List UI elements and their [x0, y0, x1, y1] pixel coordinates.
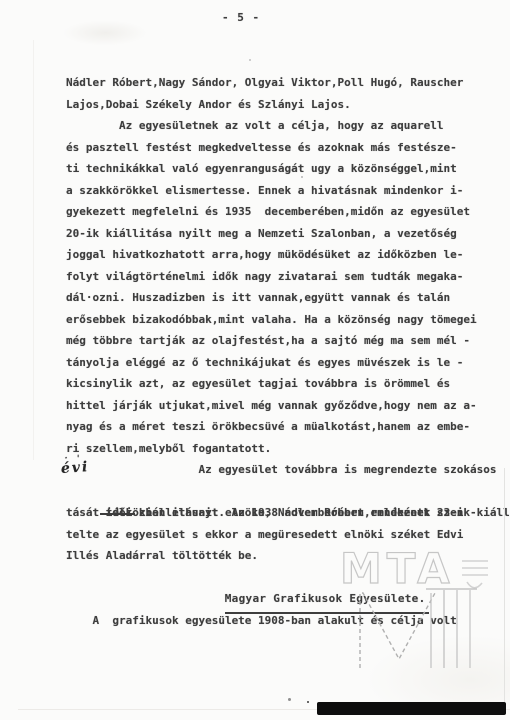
- page-number: - 5 -: [222, 11, 260, 24]
- text-line: Nádler Róbert,Nagy Sándor, Olgyai Viktor…: [66, 72, 506, 94]
- text-line: ti technikákkal való egyenranguságát ugy…: [66, 158, 506, 180]
- struck-word: téli: [106, 502, 133, 524]
- text-line: Az egyesületnek az volt a célja, hogy az…: [66, 115, 506, 137]
- scan-speck: [288, 698, 291, 701]
- text-line: joggal hivatkozhatott arra,hogy müködésü…: [66, 244, 506, 266]
- scanned-document-page: - 5 - Nádler Róbert,Nagy Sándor, Olgyai …: [0, 0, 510, 720]
- scan-speck: [307, 701, 309, 703]
- watermark-stamp-marks: [462, 561, 488, 588]
- text-line: még többre tartják az olajfestést,ha a s…: [66, 330, 506, 352]
- text-line: a szakkörökkel elismertesse. Ennek a hiv…: [66, 180, 506, 202]
- scan-speck: [301, 176, 303, 178]
- text-line: és pasztell festést megkedveltesse és az…: [66, 137, 506, 159]
- scan-speck: [249, 59, 251, 61]
- text-line: erősebbek bizakodóbbak,mint valaha. Ha a…: [66, 309, 506, 331]
- text-line: tányolja eléggé az ő technikájukat és eg…: [66, 352, 506, 374]
- text-line: 20-ik kiállitása nyilt meg a Nemzeti Sza…: [66, 223, 506, 245]
- redaction-bar: [317, 702, 506, 715]
- text-line: hittel járják utjukat,mivel még vannak g…: [66, 395, 506, 417]
- text-line: Az egyesület továbbra is megrendezte szo…: [66, 459, 506, 481]
- text-line: Lajos,Dobai Székely Andor és Szlányi Laj…: [66, 94, 506, 116]
- handwritten-correction: évi: [60, 457, 90, 480]
- watermark-monogram: [360, 589, 477, 668]
- scan-edge-line: [504, 468, 505, 706]
- watermark-text: MTA: [340, 544, 455, 593]
- text-line: gyekezett megfelelni és 1935 decemberébe…: [66, 201, 506, 223]
- scan-fold-line: [33, 40, 34, 460]
- text-line: ri szellem,melyből fogantatott.: [66, 438, 506, 460]
- text-line-with-correction: évitéli kiállitásait. Az 1938 novemberéb…: [66, 481, 506, 503]
- text-line: kiállitásait. Az 1938 novemberében rende…: [132, 506, 510, 519]
- text-line: folyt világtörténelmi idők nagy zivatara…: [66, 266, 506, 288]
- mta-watermark-icon: MTA: [330, 535, 510, 680]
- text-line: dál·ozni. Huszadizben is itt vannak,együ…: [66, 287, 506, 309]
- text-line: nyag és a méret teszi örökbecsüvé a müal…: [66, 416, 506, 438]
- text-line: kicsinylik azt, az egyesület tagjai tová…: [66, 373, 506, 395]
